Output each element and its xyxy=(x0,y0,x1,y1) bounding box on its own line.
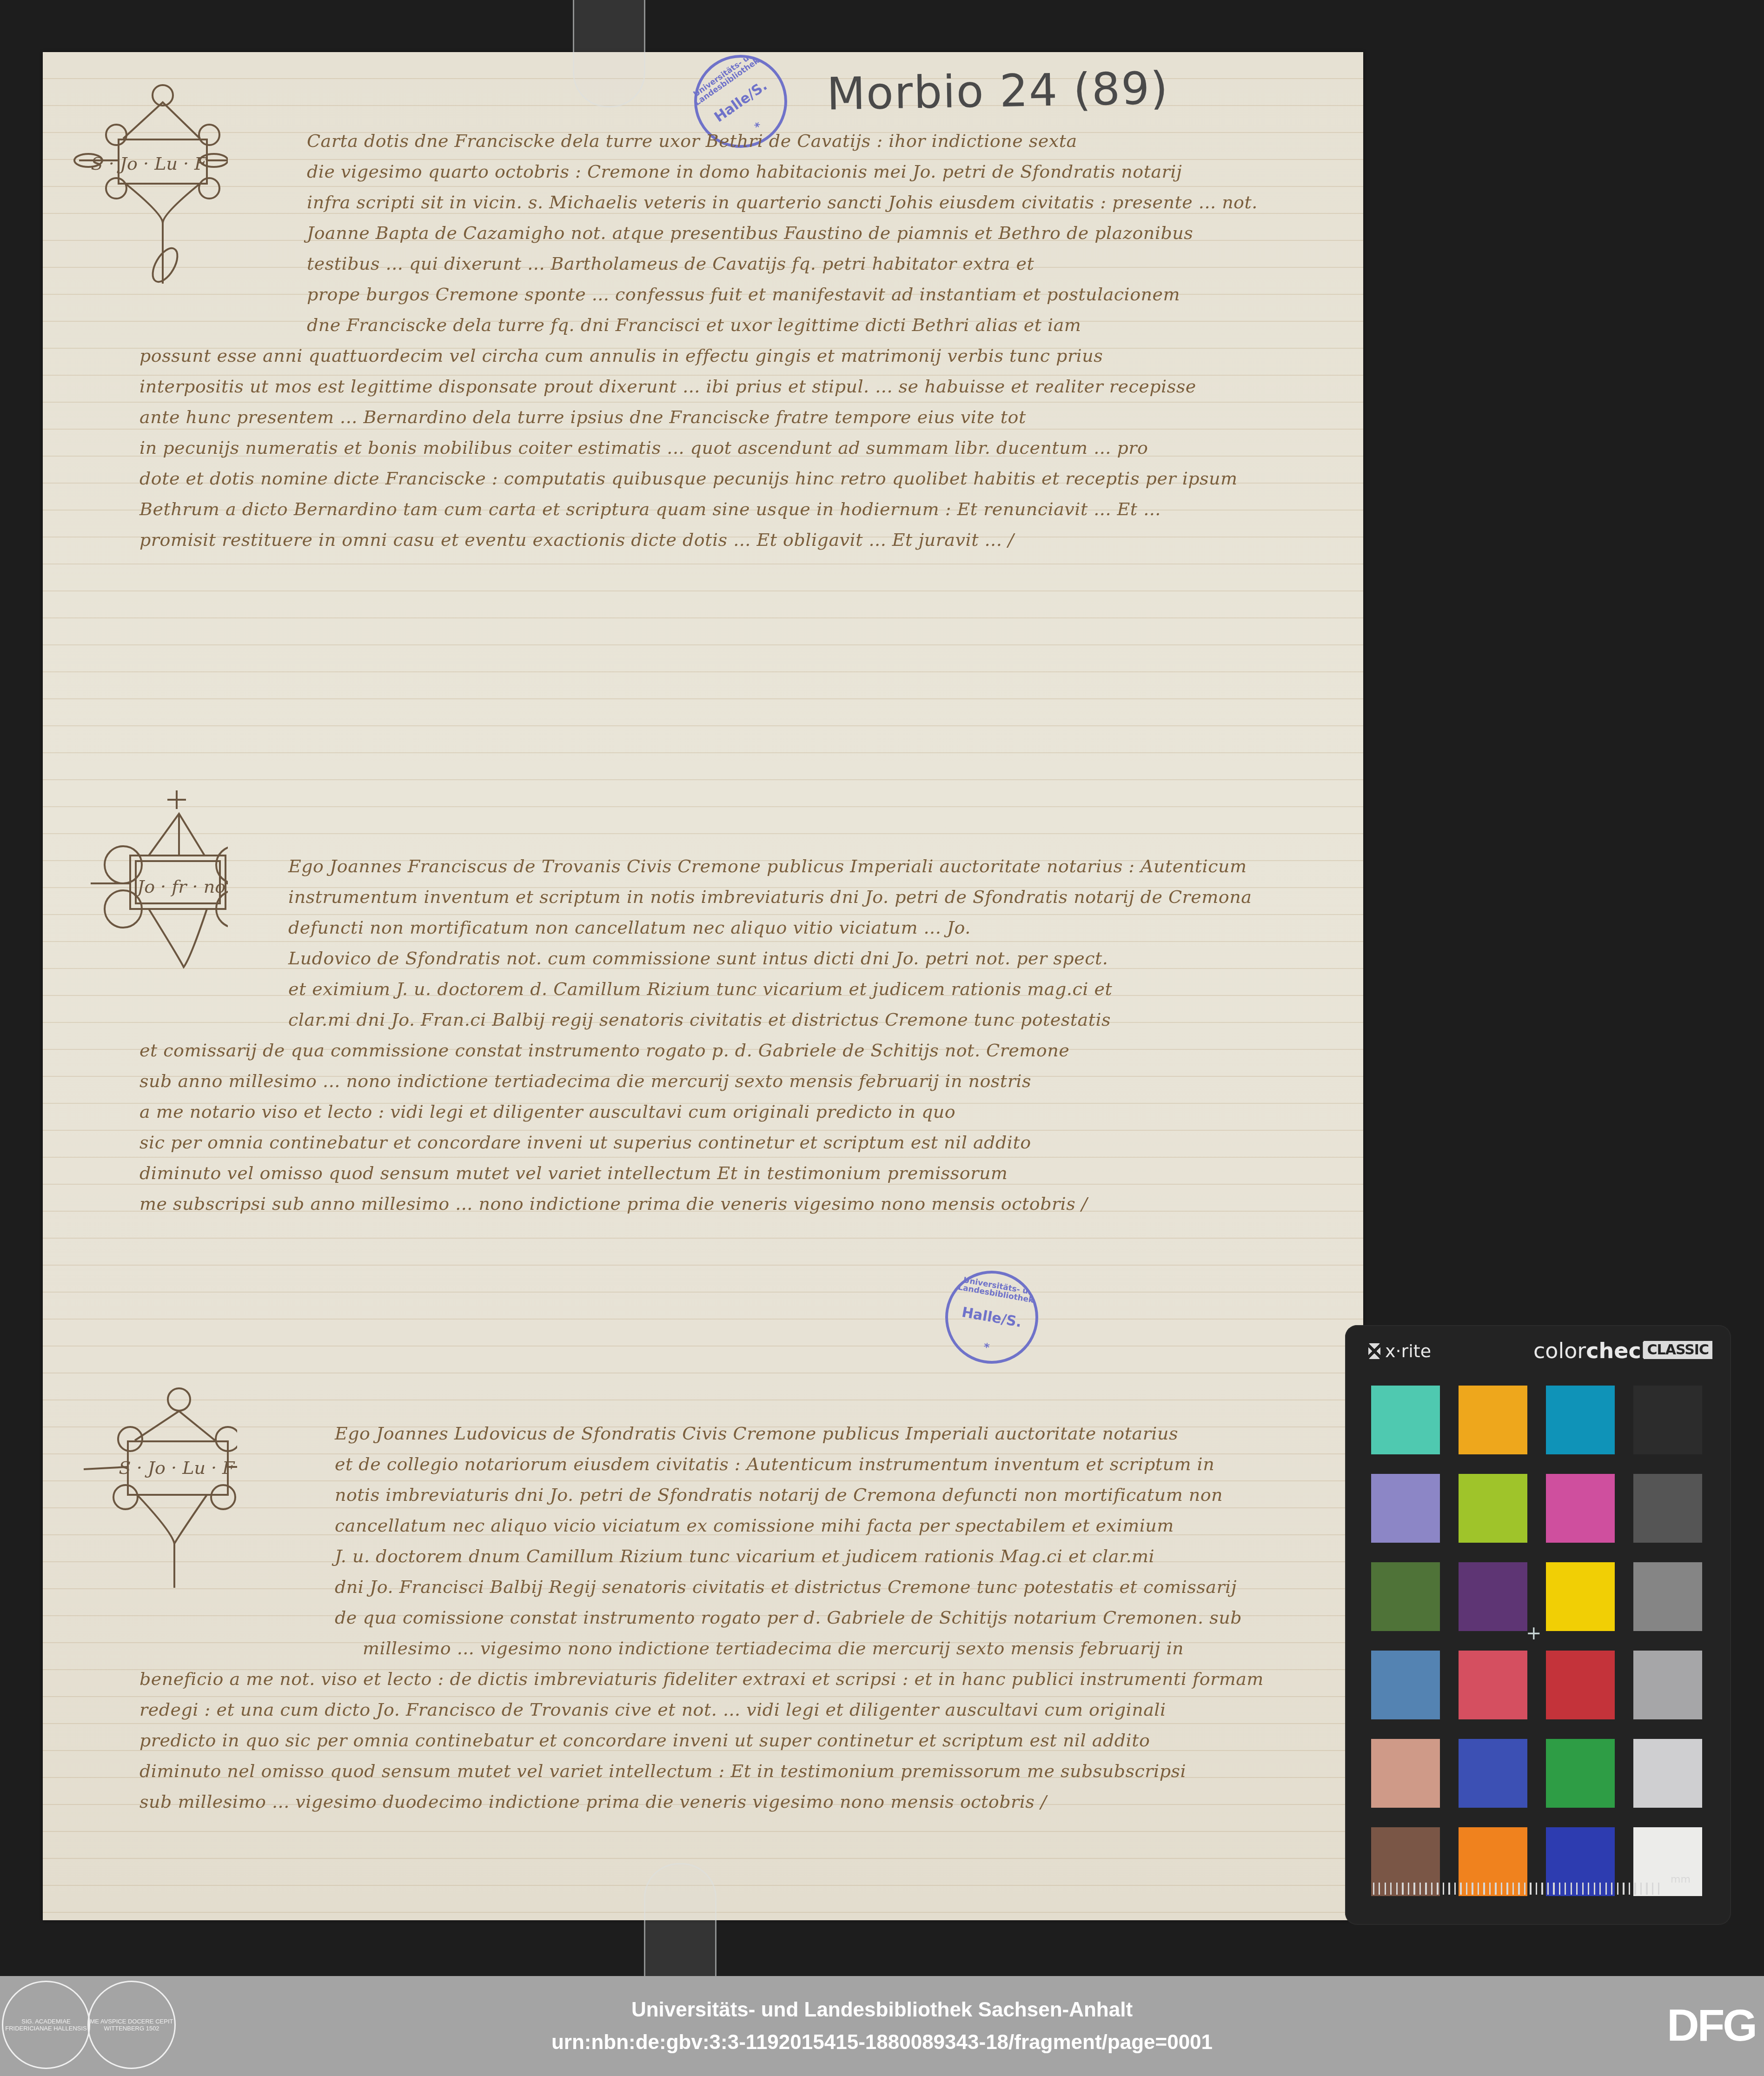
text-line: et de collegio notariorum eiusdem civita… xyxy=(335,1449,1264,1479)
text-line: J. u. doctorem dnum Camillum Rizium tunc… xyxy=(335,1541,1264,1572)
dfg-logo: DFG xyxy=(1667,2000,1756,2051)
color-patch-blue-sky xyxy=(1371,1651,1440,1719)
color-checker-header: x·rite colorchecker CLASSIC xyxy=(1345,1338,1731,1366)
ruler-unit-label: mm xyxy=(1671,1874,1691,1885)
text-line: Ego Joannes Franciscus de Trovanis Civis… xyxy=(279,851,1252,882)
text-line: notis imbreviaturis dni Jo. petri de Sfo… xyxy=(335,1479,1264,1510)
edition-badge: CLASSIC xyxy=(1644,1341,1712,1359)
text-line: Bethrum a dicto Bernardino tam cum carta… xyxy=(139,494,1258,524)
charter-text-block-3: Ego Joannes Ludovicus de Sfondratis Civi… xyxy=(335,1418,1264,1817)
color-patch-yellow-green xyxy=(1459,1474,1527,1543)
color-patch-cyan xyxy=(1546,1386,1615,1454)
text-line: sic per omnia continebatur et concordare… xyxy=(139,1127,1252,1158)
color-patch-neutral-3-5 xyxy=(1633,1474,1702,1543)
text-line: Ego Joannes Ludovicus de Sfondratis Civi… xyxy=(335,1418,1264,1449)
notarial-sign-icon xyxy=(79,1383,237,1588)
color-patch-purple xyxy=(1459,1562,1527,1631)
notarial-sign-2: Jo · fr · no xyxy=(70,781,228,986)
color-patch-yellow xyxy=(1546,1562,1615,1631)
product-name-light: color xyxy=(1533,1338,1586,1363)
text-line: redegi : et una cum dicto Jo. Francisco … xyxy=(139,1694,1264,1725)
color-patch-black xyxy=(1633,1386,1702,1454)
university-seal-icon: SIG. ACADEMIAE FRIDERICIANAE HALLENSIS xyxy=(2,1981,90,2069)
text-line: cancellatum nec aliquo vicio viciatum ex… xyxy=(335,1510,1264,1541)
color-patch-neutral-6-5 xyxy=(1633,1651,1702,1719)
wittenberg-seal-icon: ME AVSPICE DOCERE CEPIT WITTENBERG 1502 xyxy=(87,1981,176,2069)
text-line: in pecunijs numeratis et bonis mobilibus… xyxy=(139,432,1258,463)
text-line: beneficio a me not. viso et lecto : de d… xyxy=(139,1664,1264,1694)
text-line: predicto in quo sic per omnia continebat… xyxy=(139,1725,1264,1756)
charter-text-block-2: Ego Joannes Franciscus de Trovanis Civis… xyxy=(279,851,1252,1219)
text-line: instrumentum inventum et scriptum in not… xyxy=(279,882,1252,912)
color-patch-light-skin xyxy=(1371,1739,1440,1808)
color-patch-bluish-green xyxy=(1371,1386,1440,1454)
mm-ruler xyxy=(1373,1876,1661,1895)
text-line: Ludovico de Sfondratis not. cum commissi… xyxy=(279,943,1252,974)
notarial-sign-1: S · Jo · Lu · F xyxy=(70,84,228,288)
color-patch-neutral-8 xyxy=(1633,1739,1702,1808)
text-line: interpositis ut mos est legittime dispon… xyxy=(139,371,1258,402)
text-line: defuncti non mortificatum non cancellatu… xyxy=(279,912,1252,943)
text-line: Joanne Bapta de Cazamigho not. atque pre… xyxy=(298,218,1258,248)
crosshair-icon: + xyxy=(1526,1624,1542,1643)
text-line: infra scripti sit in vicin. s. Michaelis… xyxy=(298,187,1258,218)
text-line: prope burgos Cremone sponte ... confessu… xyxy=(298,279,1258,310)
text-line: dne Franciscke dela turre fq. dni Franci… xyxy=(298,310,1258,340)
xrite-logo: x·rite xyxy=(1368,1341,1431,1361)
xrite-mark-icon xyxy=(1368,1343,1380,1359)
text-line: ante hunc presentem ... Bernardino dela … xyxy=(139,402,1258,432)
text-line: clar.mi dni Jo. Fran.ci Balbij regij sen… xyxy=(279,1004,1252,1035)
text-line: de qua comissione constat instrumento ro… xyxy=(335,1602,1264,1633)
text-line: testibus ... qui dixerunt ... Bartholame… xyxy=(298,248,1258,279)
text-line: me subscripsi sub anno millesimo ... non… xyxy=(139,1188,1252,1219)
shelfmark: Morbio 24 (89) xyxy=(826,62,1169,120)
notarial-sign-label: Jo · fr · no xyxy=(137,876,225,897)
bottom-clip xyxy=(644,1863,716,1977)
institution-name: Universitäts- und Landesbibliothek Sachs… xyxy=(0,1998,1764,2022)
notarial-sign-3: S · Jo · Lu · F xyxy=(79,1383,237,1588)
color-patch-blue xyxy=(1459,1739,1527,1808)
color-patch-blue-flower xyxy=(1371,1474,1440,1543)
notarial-sign-icon xyxy=(70,84,228,288)
text-line: dni Jo. Francisci Balbij Regij senatoris… xyxy=(335,1572,1264,1602)
text-line: sub anno millesimo ... nono indictione t… xyxy=(139,1066,1252,1096)
text-line: et comissarij de qua commissione constat… xyxy=(139,1035,1252,1066)
text-line: dote et dotis nomine dicte Franciscke : … xyxy=(139,463,1258,494)
text-line: possunt esse anni quattuordecim vel circ… xyxy=(139,340,1258,371)
text-line: diminuto vel omisso quod sensum mutet ve… xyxy=(139,1158,1252,1188)
notarial-sign-label: S · Jo · Lu · F xyxy=(119,1458,235,1478)
stamp-ring-text: Universitäts- u. Landesbibliothek xyxy=(947,1272,1037,1363)
footer-bar: SIG. ACADEMIAE FRIDERICIANAE HALLENSIS M… xyxy=(0,1976,1764,2076)
text-line: die vigesimo quarto octobris : Cremone i… xyxy=(298,156,1258,187)
color-patch-red xyxy=(1546,1651,1615,1719)
color-patch-orange-yellow xyxy=(1459,1386,1527,1454)
color-patch-green xyxy=(1546,1739,1615,1808)
notarial-sign-label: S · Jo · Lu · F xyxy=(91,153,207,174)
text-line: et eximium J. u. doctorem d. Camillum Ri… xyxy=(279,974,1252,1004)
text-line: millesimo ... vigesimo nono indictione t… xyxy=(335,1633,1264,1664)
color-patch-neutral-5 xyxy=(1633,1562,1702,1631)
color-patch-moderate-red xyxy=(1459,1651,1527,1719)
urn-identifier: urn:nbn:de:gbv:3:3-1192015415-1880089343… xyxy=(0,2031,1764,2054)
text-line: a me notario viso et lecto : vidi legi e… xyxy=(139,1096,1252,1127)
text-line: sub millesimo ... vigesimo duodecimo ind… xyxy=(139,1786,1264,1817)
color-patch-foliage xyxy=(1371,1562,1440,1631)
text-line: Carta dotis dne Franciscke dela turre ux… xyxy=(298,126,1258,156)
text-line: promisit restituere in omni casu et even… xyxy=(139,524,1258,555)
text-line: diminuto nel omisso quod sensum mutet ve… xyxy=(139,1756,1264,1786)
brand-name: x·rite xyxy=(1385,1341,1431,1361)
color-patch-magenta xyxy=(1546,1474,1615,1543)
charter-text-block-1: Carta dotis dne Franciscke dela turre ux… xyxy=(298,126,1258,555)
top-clip xyxy=(573,0,645,107)
